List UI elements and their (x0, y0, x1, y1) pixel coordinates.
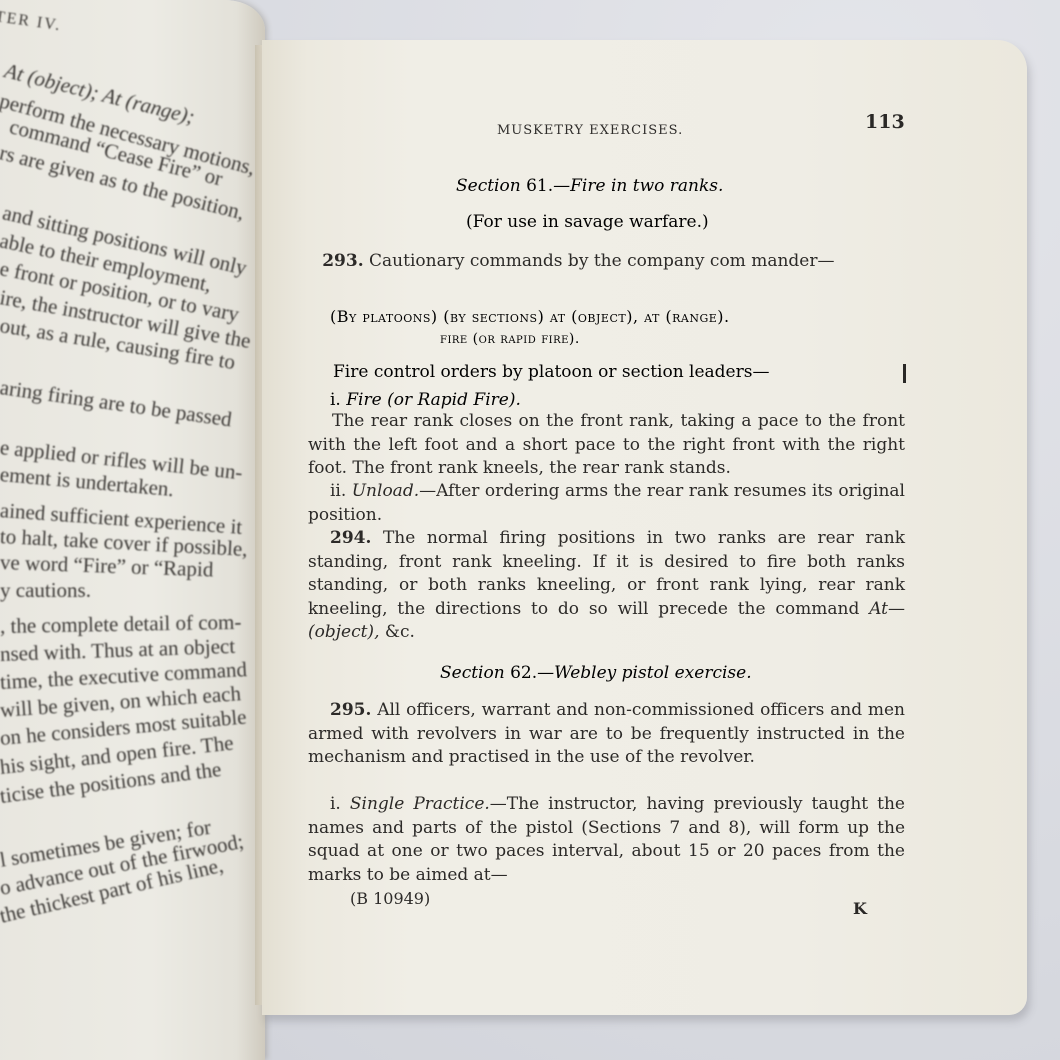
running-head: MUSKETRY EXERCISES. (497, 123, 683, 138)
margin-mark (903, 364, 906, 383)
item-ii-unload: ii. Unload.—After ordering arms the rear… (308, 480, 905, 527)
section-note: (For use in savage warfare.) (466, 212, 709, 232)
printer-signature: (B 10949) (350, 889, 430, 908)
left-running-head: TER IV. (0, 8, 63, 35)
left-line: aring firing are to be passed (0, 375, 233, 432)
fire-control-orders: Fire control orders by platoon or sectio… (333, 362, 769, 382)
left-page: TER IV. At (object); At (range); perform… (0, 0, 265, 1060)
signature-mark: K (853, 899, 867, 918)
paragraph-295: 295. All officers, warrant and non-commi… (308, 699, 905, 770)
item-i-text: The rear rank closes on the front rank, … (308, 410, 905, 481)
single-practice: i. Single Practice.—The instructor, havi… (308, 793, 905, 887)
left-page-text: TER IV. At (object); At (range); perform… (0, 0, 265, 1060)
left-line: y cautions. (0, 578, 91, 603)
item-i-fire: i. Fire (or Rapid Fire). (330, 390, 521, 410)
section-61-heading: Section 61.—Fire in two ranks. (456, 176, 723, 196)
paragraph-294: 294. The normal firing positions in two … (308, 527, 905, 645)
page-number: 113 (865, 111, 905, 133)
section-62-heading: Section 62.—Webley pistol exercise. (440, 663, 752, 683)
command-line-1: (By platoons) (by sections) at (object),… (330, 307, 730, 326)
command-line-2: fire (or rapid fire). (440, 331, 580, 347)
paragraph-293: 293. Cautionary commands by the company … (306, 250, 903, 274)
